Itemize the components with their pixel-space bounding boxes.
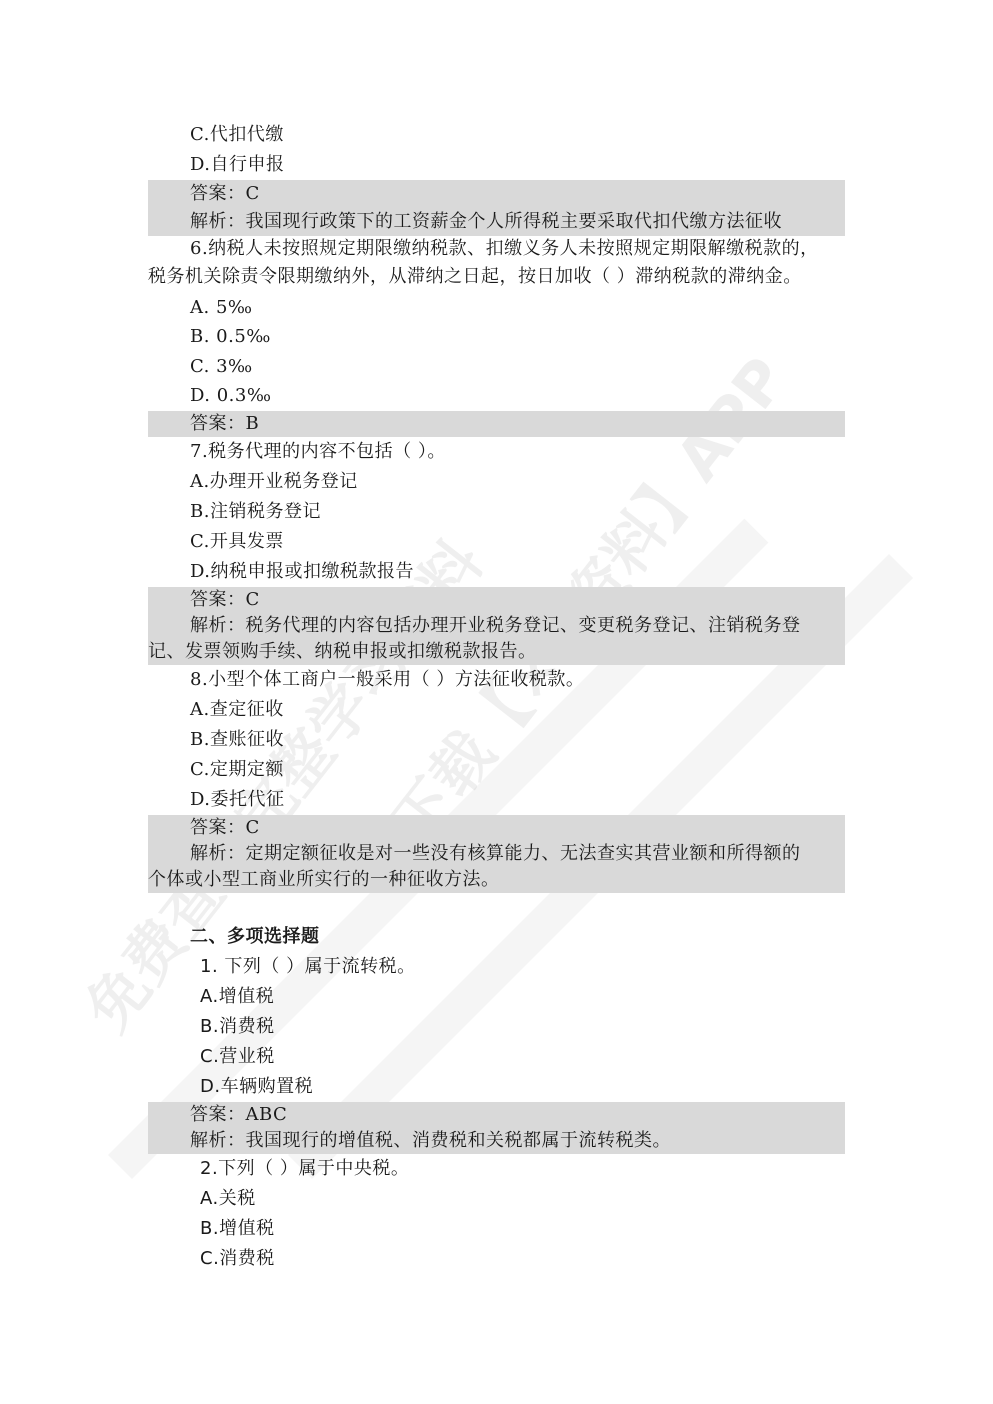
option-c: C. 3‰ — [148, 352, 845, 382]
option-b: B.增值税 — [148, 1214, 845, 1244]
option-d: D.纳税申报或扣缴税款报告 — [148, 557, 845, 587]
document-page: 免费查看完整学习资料 请下载【××资料】APP C.代扣代缴 D.自行申报 答案… — [0, 0, 993, 1404]
option-d: D.委托代征 — [148, 785, 845, 815]
question-stem: 1. 下列（ ）属于流转税。 — [148, 952, 845, 982]
question-stem: 2.下列（ ）属于中央税。 — [148, 1154, 845, 1184]
option-a: A.办理开业税务登记 — [148, 467, 845, 497]
explanation: 解析：我国现行政策下的工资薪金个人所得税主要采取代扣代缴方法征收 — [148, 208, 845, 236]
answer: 答案：ABC — [148, 1102, 845, 1128]
explanation-cont: 个体或小型工商业所实行的一种征收方法。 — [148, 867, 845, 893]
question-stem: 8.小型个体工商户一般采用（ ）方法征收税款。 — [148, 665, 845, 695]
question-stem-cont: 税务机关除责令限期缴纳外，从滞纳之日起，按日加收（ ）滞纳税款的滞纳金。 — [148, 262, 845, 292]
option-c: C.消费税 — [148, 1244, 845, 1274]
question-stem: 7.税务代理的内容不包括（ ）。 — [148, 437, 845, 467]
option-a: A.关税 — [148, 1184, 845, 1214]
option-c: C.开具发票 — [148, 527, 845, 557]
option-a: A.增值税 — [148, 982, 845, 1012]
section-title: 二、多项选择题 — [148, 922, 845, 952]
answer: 答案：C — [148, 180, 845, 208]
explanation-cont: 记、发票领购手续、纳税申报或扣缴税款报告。 — [148, 639, 845, 665]
question-stem: 6.纳税人未按照规定期限缴纳税款、扣缴义务人未按照规定期限解缴税款的， — [148, 234, 845, 264]
explanation: 解析：定期定额征收是对一些没有核算能力、无法查实其营业额和所得额的 — [148, 841, 845, 867]
option-d: D.自行申报 — [148, 150, 845, 180]
option-b: B.消费税 — [148, 1012, 845, 1042]
explanation: 解析：我国现行的增值税、消费税和关税都属于流转税类。 — [148, 1128, 845, 1154]
option-c: C.定期定额 — [148, 755, 845, 785]
answer: 答案：C — [148, 815, 845, 841]
option-c: C.营业税 — [148, 1042, 845, 1072]
answer: 答案：C — [148, 587, 845, 613]
option-c: C.代扣代缴 — [148, 120, 845, 150]
option-d: D.车辆购置税 — [148, 1072, 845, 1102]
option-b: B.查账征收 — [148, 725, 845, 755]
option-b: B.注销税务登记 — [148, 497, 845, 527]
answer: 答案：B — [148, 411, 845, 437]
explanation: 解析：税务代理的内容包括办理开业税务登记、变更税务登记、注销税务登 — [148, 613, 845, 639]
option-a: A.查定征收 — [148, 695, 845, 725]
option-a: A. 5‰ — [148, 293, 845, 323]
option-d: D. 0.3‰ — [148, 381, 845, 411]
option-b: B. 0.5‰ — [148, 322, 845, 352]
